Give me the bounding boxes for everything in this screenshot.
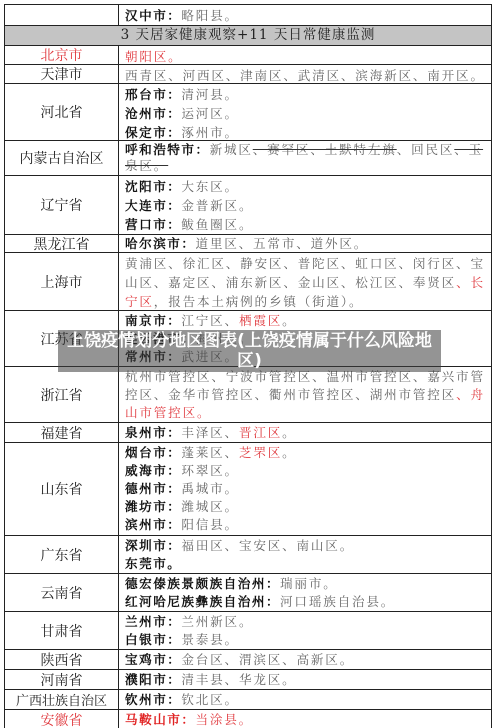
area-text: 、回民区 [397, 142, 455, 157]
area-text: 大东区。 [181, 179, 239, 194]
area-text: 清丰县、华龙区。 [181, 672, 296, 687]
province-name: 辽宁省 [5, 176, 119, 234]
areas-cell: 泉州市：丰泽区、晋江区。 [119, 423, 491, 442]
province-name: 内蒙古自治区 [5, 141, 119, 175]
area-text: 黄浦区、徐汇区、静安区、普陀区、虹口区、闵行区、宝山区、嘉定区、浦东新区、金山区… [125, 256, 485, 290]
areas-cell: 汉中市：略阳县。 [119, 5, 491, 25]
table-row-guangxi: 广西壮族自治区 钦州市：钦北区。 [5, 690, 491, 710]
city-label: 呼和浩特市： [125, 142, 210, 157]
struck-area-text: 、赛罕区、土默特左旗 [253, 142, 397, 157]
areas-cell: 马鞍山市：当涂县。 [119, 710, 491, 728]
areas-cell: 深圳市：福田区、宝安区、南山区。 东莞市。 [119, 536, 491, 573]
area-text: 金台区、渭滨区、高新区。 [181, 652, 354, 667]
area-text: 金普新区。 [181, 198, 253, 213]
areas-cell: 宝鸡市：金台区、渭滨区、高新区。 [119, 650, 491, 669]
city-label: 濮阳市： [125, 672, 181, 687]
area-text: 景泰县。 [181, 632, 239, 647]
area-text: 涿州市。 [181, 125, 239, 140]
table-row-shandong: 山东省 烟台市：蓬莱区、芝罘区。 威海市：环翠区。 德州市：禹城市。 潍坊市：潍… [5, 443, 491, 536]
province-name: 甘肃省 [5, 612, 119, 649]
table-row-gansu: 甘肃省 兰州市：兰州新区。 白银市：景泰县。 [5, 612, 491, 650]
areas-cell: 钦州市：钦北区。 [119, 690, 491, 709]
area-text: 福田区、宝安区、南山区。 [181, 538, 354, 553]
province-name: 福建省 [5, 423, 119, 442]
city-label: 沧州市： [125, 106, 181, 121]
city-label: 兰州市： [125, 614, 181, 629]
province-name: 河北省 [5, 84, 119, 140]
city-label: 德宏傣族景颇族自治州： [125, 576, 280, 591]
area-text: 阳信县。 [181, 517, 239, 532]
city-label: 白银市： [125, 632, 181, 647]
area-text: 运河区。 [181, 106, 239, 121]
area-text: 。 [282, 313, 296, 328]
areas-cell: 朝阳区。 [119, 46, 491, 64]
province-name: 安徽省 [5, 710, 119, 728]
table-row-hebei: 河北省 邢台市：清河县。 沧州市：运河区。 保定市：涿州市。 [5, 84, 491, 141]
area-text: ，报告本土病例的乡镇（街道）。 [154, 294, 364, 309]
province-name: 上海市 [5, 253, 119, 310]
area-text: 略阳县。 [181, 8, 239, 23]
table-row-tianjin: 天津市 西青区、河西区、津南区、武清区、滨海新区、南开区。 [5, 65, 491, 84]
area-text: 道里区、五常市、道外区。 [195, 236, 368, 251]
areas-cell: 杭州市管控区、宁波市管控区、温州市管控区、嘉兴市管控区、金华市管控区、衢州市管控… [119, 367, 491, 422]
city-label: 深圳市： [125, 538, 181, 553]
area-text: 潍城区。 [181, 499, 239, 514]
table-row-hanzhong: 汉中市：略阳县。 [5, 5, 491, 26]
area-text: 河口瑶族自治县。 [280, 594, 395, 609]
area-text: 。 [282, 445, 296, 460]
province-cell-empty [5, 5, 119, 25]
area-text: 当涂县。 [195, 712, 253, 727]
city-label: 钦州市： [125, 692, 181, 707]
area-text: 新城区 [210, 142, 253, 157]
table-row-shanghai: 上海市 黄浦区、徐汇区、静安区、普陀区、虹口区、闵行区、宝山区、嘉定区、浦东新区… [5, 253, 491, 311]
city-label: 潍坊市： [125, 499, 181, 514]
city-label: 营口市： [125, 217, 181, 232]
area-text: 禹城市。 [181, 481, 239, 496]
title-overlay-banner: 上饶疫情划分地区图表(上饶疫情属于什么风险地区) [58, 330, 441, 372]
city-label: 泉州市： [125, 425, 181, 440]
highlighted-area-text: 芝罘区 [239, 445, 282, 460]
province-name: 陕西省 [5, 650, 119, 669]
city-label: 大连市： [125, 198, 181, 213]
table-row-heilongjiang: 黑龙江省 哈尔滨市：道里区、五常市、道外区。 [5, 235, 491, 253]
areas-cell: 黄浦区、徐汇区、静安区、普陀区、虹口区、闵行区、宝山区、嘉定区、浦东新区、金山区… [119, 253, 491, 310]
city-label: 德州市： [125, 481, 181, 496]
areas-cell: 沈阳市：大东区。 大连市：金普新区。 营口市：鲅鱼圈区。 [119, 176, 491, 234]
highlighted-area-text: 晋江区 [239, 425, 282, 440]
area-text: 环翠区。 [181, 463, 239, 478]
city-label: 马鞍山市： [125, 712, 195, 727]
province-name: 河南省 [5, 670, 119, 689]
city-label: 宝鸡市： [125, 652, 181, 667]
area-text: 。 [282, 425, 296, 440]
areas-cell: 德宏傣族景颇族自治州：瑞丽市。 红河哈尼族彝族自治州：河口瑶族自治县。 [119, 574, 491, 611]
areas-cell: 邢台市：清河县。 沧州市：运河区。 保定市：涿州市。 [119, 84, 491, 140]
province-name: 北京市 [5, 46, 119, 64]
province-name: 黑龙江省 [5, 235, 119, 252]
city-label: 烟台市： [125, 445, 181, 460]
city-label: 红河哈尼族彝族自治州： [125, 594, 280, 609]
area-text: 蓬莱区、 [181, 445, 239, 460]
city-label: 哈尔滨市： [125, 236, 195, 251]
table-row-shaanxi: 陕西省 宝鸡市：金台区、渭滨区、高新区。 [5, 650, 491, 670]
province-name: 天津市 [5, 65, 119, 83]
table-row-henan: 河南省 濮阳市：清丰县、华龙区。 [5, 670, 491, 690]
area-text: 丰泽区、 [181, 425, 239, 440]
city-label: 滨州市： [125, 517, 181, 532]
province-name: 山东省 [5, 443, 119, 535]
city-label: 邢台市： [125, 87, 181, 102]
area-text: 朝阳区。 [125, 47, 487, 66]
areas-cell: 呼和浩特市：新城区、赛罕区、土默特左旗、回民区、玉泉区。 [119, 141, 491, 175]
area-text: 鲅鱼圈区。 [181, 217, 253, 232]
table-row-neimenggu: 内蒙古自治区 呼和浩特市：新城区、赛罕区、土默特左旗、回民区、玉泉区。 [5, 141, 491, 176]
area-text: 西青区、河西区、津南区、武清区、滨海新区、南开区。 [125, 66, 487, 85]
areas-cell: 哈尔滨市：道里区、五常市、道外区。 [119, 235, 491, 252]
province-name: 广东省 [5, 536, 119, 573]
area-text: 清河县。 [181, 87, 239, 102]
table-row-guangdong: 广东省 深圳市：福田区、宝安区、南山区。 东莞市。 [5, 536, 491, 574]
areas-cell: 烟台市：蓬莱区、芝罘区。 威海市：环翠区。 德州市：禹城市。 潍坊市：潍城区。 … [119, 443, 491, 535]
province-name: 广西壮族自治区 [5, 690, 119, 709]
area-text: 兰州新区。 [181, 614, 253, 629]
area-text: 江宁区、 [181, 313, 239, 328]
city-label: 汉中市： [125, 8, 181, 23]
city-label: 威海市： [125, 463, 181, 478]
city-label: 保定市： [125, 125, 181, 140]
city-label: 东莞市。 [125, 556, 181, 571]
table-row-liaoning: 辽宁省 沈阳市：大东区。 大连市：金普新区。 营口市：鲅鱼圈区。 [5, 176, 491, 235]
areas-cell: 兰州市：兰州新区。 白银市：景泰县。 [119, 612, 491, 649]
areas-cell: 濮阳市：清丰县、华龙区。 [119, 670, 491, 689]
city-label: 南京市： [125, 313, 181, 328]
table-row-fujian: 福建省 泉州市：丰泽区、晋江区。 [5, 423, 491, 443]
area-text: 瑞丽市。 [280, 576, 338, 591]
city-label: 沈阳市： [125, 179, 181, 194]
section-header-band: 3 天居家健康观察+11 天日常健康监测 [5, 26, 491, 46]
area-text: 杭州市管控区、宁波市管控区、温州市管控区、嘉兴市管控区、金华市管控区、衢州市管控… [125, 369, 485, 402]
areas-cell: 西青区、河西区、津南区、武清区、滨海新区、南开区。 [119, 65, 491, 83]
highlighted-area-text: 栖霞区 [239, 313, 282, 328]
province-name: 浙江省 [5, 367, 119, 422]
table-row-yunnan: 云南省 德宏傣族景颇族自治州：瑞丽市。 红河哈尼族彝族自治州：河口瑶族自治县。 [5, 574, 491, 612]
table-row-zhejiang: 浙江省 杭州市管控区、宁波市管控区、温州市管控区、嘉兴市管控区、金华市管控区、衢… [5, 367, 491, 423]
area-text: 钦北区。 [181, 692, 239, 707]
table-row-beijing: 北京市 朝阳区。 [5, 46, 491, 65]
table-row-anhui: 安徽省 马鞍山市：当涂县。 [5, 710, 491, 728]
province-name: 云南省 [5, 574, 119, 611]
